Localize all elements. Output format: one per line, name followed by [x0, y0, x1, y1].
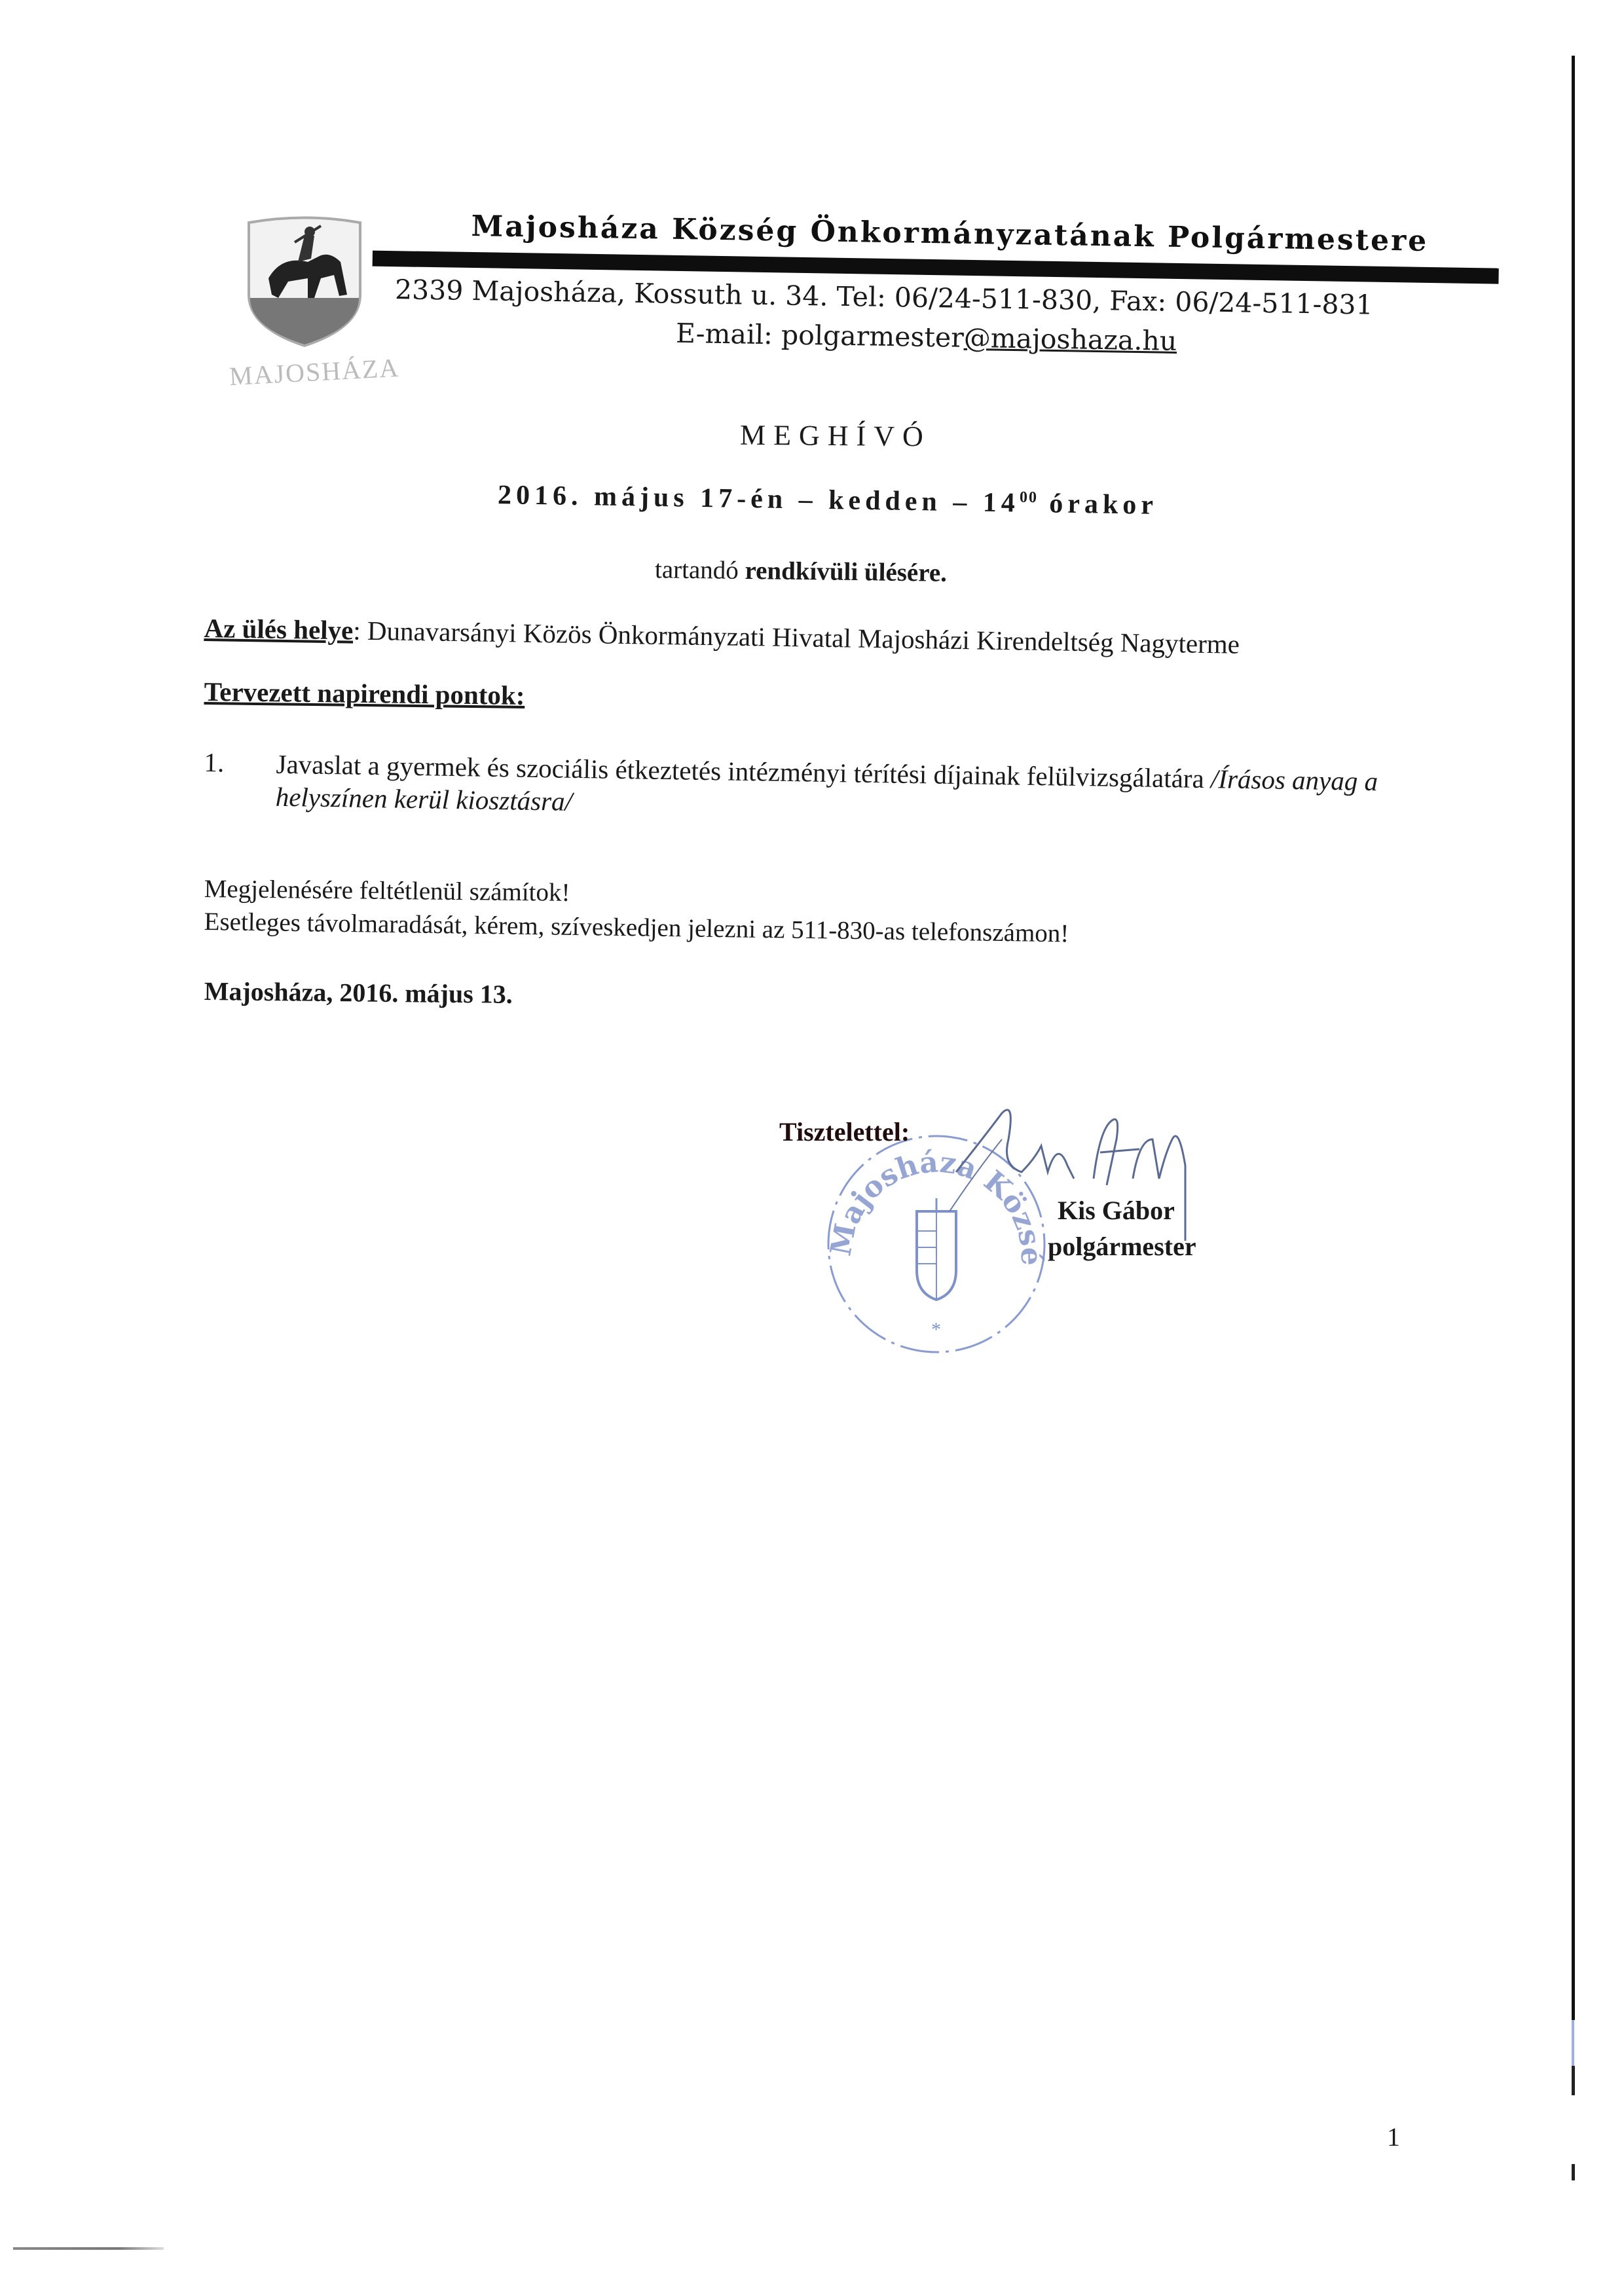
- letterhead-title: Majosháza Község Önkormányzatának Polgár…: [471, 210, 1428, 258]
- meeting-time-suffix: órakor: [1037, 488, 1158, 521]
- signatory-name: Kis Gábor: [1058, 1195, 1175, 1226]
- svg-text:*: *: [931, 1319, 941, 1340]
- meeting-date-text: 2016. május 17-én – kedden – 14: [498, 480, 1020, 519]
- venue-label: Az ülés helye: [204, 613, 353, 646]
- meeting-type-prefix: tartandó: [655, 555, 745, 585]
- agenda-heading: Tervezett napirendi pontok:: [204, 676, 525, 711]
- scan-edge-mark: [1572, 2164, 1575, 2180]
- handwritten-signature-icon: [943, 1100, 1205, 1251]
- crest-label: MAJOSHÁZA: [229, 353, 387, 392]
- letterhead-address: 2339 Majosháza, Kossuth u. 34. Tel: 06/2…: [395, 274, 1373, 320]
- page-number: 1: [1387, 2121, 1400, 2152]
- letterhead-email: E-mail: polgarmester@majoshaza.hu: [676, 318, 1177, 357]
- place-date: Majosháza, 2016. május 13.: [204, 976, 513, 1010]
- signatory-title: polgármester: [1048, 1231, 1196, 1262]
- venue-text: : Dunavarsányi Közös Önkormányzati Hivat…: [353, 615, 1240, 659]
- closing-line-2: Esetleges távolmaradását, kérem, szívesk…: [204, 907, 1069, 948]
- closing-regards: Tisztelettel:: [779, 1116, 910, 1147]
- letterhead: Majosháza Község Önkormányzatának Polgár…: [471, 210, 1428, 258]
- meeting-date: 2016. május 17-én – kedden – 1400 órakor: [498, 479, 1158, 521]
- coat-of-arms-icon: [242, 216, 367, 347]
- agenda-item-number: 1.: [204, 746, 225, 778]
- venue: Az ülés helye: Dunavarsányi Közös Önkorm…: [204, 612, 1240, 660]
- scan-edge-mark: [1572, 2066, 1575, 2095]
- scan-edge-line-blue: [1572, 2020, 1574, 2066]
- email-prefix: E-mail: polgarmester: [676, 318, 964, 354]
- scan-edge-line: [1572, 56, 1575, 2020]
- agenda-item: 1. Javaslat a gyermek és szociális étkez…: [204, 746, 1462, 766]
- meeting-type-bold: rendkívüli ülésére.: [745, 557, 947, 587]
- meeting-time-superscript: 00: [1020, 489, 1038, 506]
- email-link[interactable]: @majoshaza.hu: [963, 322, 1177, 357]
- closing-line-1: Megjelenésére feltétlenül számítok!: [204, 874, 570, 908]
- footnote-rule: [13, 2247, 164, 2250]
- meeting-type: tartandó rendkívüli ülésére.: [655, 555, 947, 587]
- agenda-item-text: Javaslat a gyermek és szociális étkeztet…: [275, 748, 1454, 832]
- document-page: MAJOSHÁZA Majosháza Község Önkormányzatá…: [0, 0, 1624, 2295]
- document-heading: MEGHÍVÓ: [740, 418, 931, 454]
